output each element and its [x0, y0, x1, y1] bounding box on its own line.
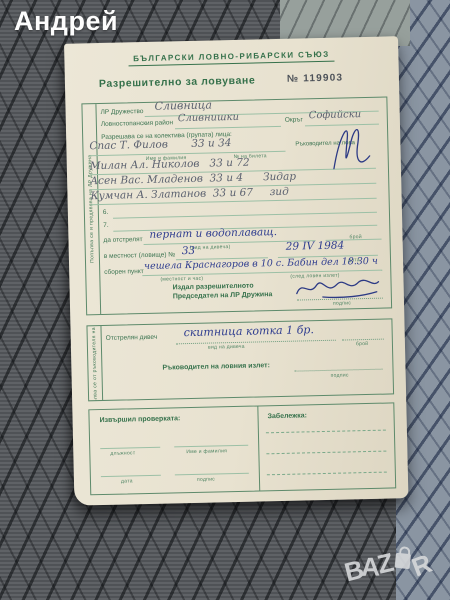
druzhestvo-value: Сливница [154, 98, 212, 112]
hunting-permit-document: БЪЛГАРСКИ ЛОВНО-РИБАРСКИ СЪЮЗ Разрешител… [64, 36, 408, 505]
issued-line-1: Издал разрешителното [173, 283, 254, 292]
side-note-column: Попълва се от ръководителя на лова [87, 326, 103, 400]
druzhestvo-label: ЛР Дружество [101, 108, 144, 116]
permit-number: № 119903 [287, 72, 344, 84]
game-kind-hint: (вид на дивеча) [190, 244, 231, 251]
side-note-text: Попълва се от ръководителя на лова [91, 326, 99, 400]
kind-hint: вид на дивеча [208, 344, 245, 351]
username-overlay: Андрей [14, 6, 118, 37]
place-label: в местност (ловище) № [104, 251, 176, 260]
position-hint: длъжност [110, 450, 135, 457]
member-row: Милан Ал. Николов 33 и 72 [90, 157, 250, 173]
date-value: 29 IV 1984 [286, 239, 345, 252]
document-title: Разрешително за ловуване [99, 74, 256, 90]
inspection-box: Извършил проверката: длъжност Име и фами… [88, 402, 396, 495]
writing-line [113, 212, 377, 219]
sign-hint: подпис [331, 372, 349, 378]
shoot-label: да отстрелят [103, 236, 142, 244]
meet-hint-1: (местност и час) [160, 276, 203, 283]
writing-line [101, 475, 161, 477]
member-row: Спас Т. Филов 33 и 34 [89, 137, 231, 152]
note-line [267, 472, 387, 476]
place-value: 33 [182, 245, 196, 257]
check-label: Извършил проверката: [100, 415, 181, 424]
side-note-column: Попълва се и предявява на ЛР Дружина [82, 104, 101, 314]
writing-line [100, 447, 160, 449]
empty-row-7: 7. [103, 222, 109, 229]
rayon-value: Сливнишки [178, 112, 239, 124]
signature-scribble [319, 116, 380, 177]
permit-main-box: Попълва се и предявява на ЛР Дружина ЛР … [81, 96, 392, 315]
okrag-label: Окръг [285, 116, 303, 123]
issued-line-2: Председател на ЛР Дружина [173, 291, 273, 300]
meet-label: сборен пункт [104, 268, 144, 276]
column-divider [257, 406, 260, 490]
bazar-watermark: B A Z R [343, 548, 431, 583]
organization-header: БЪЛГАРСКИ ЛОВНО-РИБАРСКИ СЪЮЗ [64, 48, 398, 68]
note-line [266, 451, 386, 455]
count-hint: брой [356, 341, 369, 347]
empty-row-6: 6. [103, 209, 109, 216]
shot-game-box: Попълва се от ръководителя на лова Отстр… [86, 318, 394, 401]
note-label: Забележка: [267, 412, 306, 420]
writing-line [175, 473, 249, 476]
shot-label: Отстрелян дивеч [106, 334, 158, 342]
side-note-text: Попълва се и предявява на ЛР Дружина [87, 109, 97, 309]
sign-hint: подпис [197, 476, 215, 482]
writing-line [176, 340, 336, 345]
leader-label: Ръководител на ловния излет: [162, 362, 270, 371]
writing-line [175, 126, 281, 129]
date-hint: дата [121, 478, 133, 484]
signature-line [295, 369, 383, 372]
writing-line [174, 445, 248, 448]
fabric-background-right [396, 0, 450, 600]
name-hint: Име и фамилия [186, 448, 227, 455]
sign-hint: подпис [333, 300, 351, 306]
shot-value: скитница котка 1 бр. [183, 323, 314, 339]
rayon-label: Ловностопанския район [101, 119, 173, 128]
shoot-value: пернат и водоплаващ. [149, 226, 277, 241]
note-line [266, 430, 386, 434]
